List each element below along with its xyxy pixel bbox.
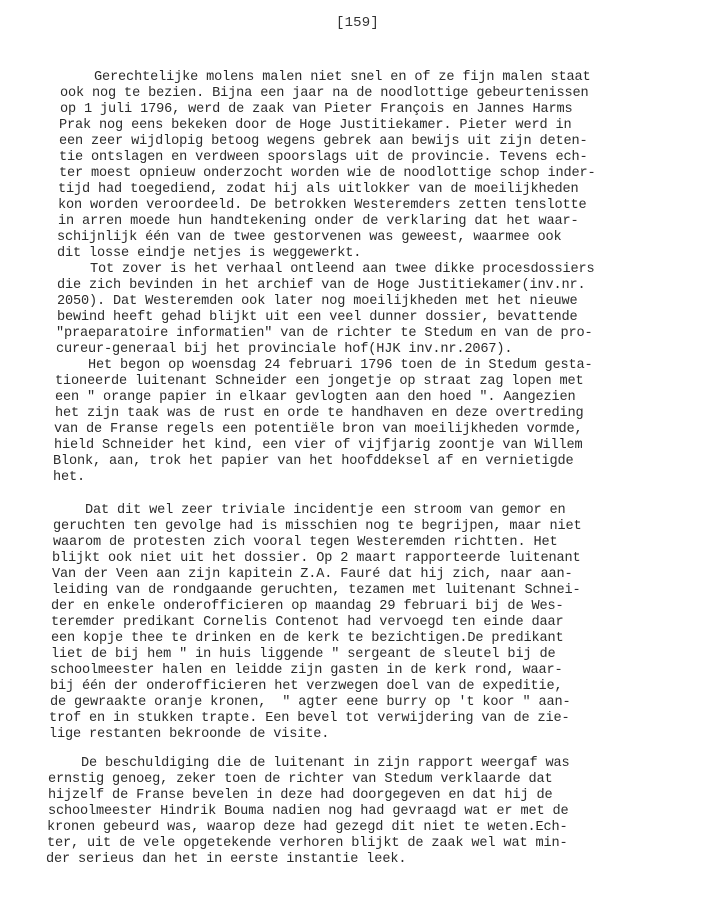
text-line: die zich bevinden in het archief van de …	[57, 278, 586, 294]
page-number: [159]	[0, 15, 715, 31]
text-line: een zeer wijdlopig betoog wegens gebrek …	[59, 134, 588, 150]
text-line: teremder predikant Cornelis Contenot had…	[51, 615, 564, 631]
text-line: Blonk, aan, trok het papier van het hoof…	[53, 454, 574, 470]
text-line: tie ontslagen en verdween spoorslags uit…	[59, 150, 588, 166]
text-line: blijkt ook niet uit het dossier. Op 2 ma…	[52, 551, 581, 567]
text-line: Prak nog eens bekeken door de Hoge Justi…	[59, 118, 572, 134]
text-line: bewind heeft gehad blijkt uit een veel d…	[57, 310, 578, 326]
text-line: Gerechtelijke molens malen niet snel en …	[62, 70, 591, 86]
text-line: kon worden veroordeeld. De betrokken Wes…	[58, 198, 587, 214]
text-line: liet de bij hem " in huis liggende " ser…	[51, 647, 555, 663]
text-line: van de Franse regels een potentiële bron…	[54, 422, 583, 438]
text-line: een " orange papier in elkaar gevlogten …	[55, 390, 576, 406]
text-line: het.	[53, 470, 85, 486]
text-line: Van der Veen aan zijn kapitein Z.A. Faur…	[52, 567, 573, 583]
text-line: trof en in stukken trapte. Een bevel tot…	[49, 711, 570, 727]
text-line: hijzelf de Franse bevelen in deze had do…	[48, 788, 552, 804]
text-line: tijd had toegediend, zodat hij als uitlo…	[58, 182, 579, 198]
text-line: Tot zover is het verhaal ontleend aan tw…	[58, 262, 595, 278]
text-line: "praeparatoire informatien" van de richt…	[56, 326, 593, 342]
text-line: in arren moede hun handtekening onder de…	[58, 214, 579, 230]
text-line: bij één der onderofficieren het verzwege…	[50, 679, 563, 695]
text-line: lige restanten bekroonde de visite.	[49, 727, 329, 743]
text-line: schoolmeester halen en leidde zijn gaste…	[50, 663, 563, 679]
text-line: waarom de protesten zich vooral tegen We…	[53, 535, 557, 551]
text-line: ter, uit de vele opgetekende verhoren bl…	[47, 836, 568, 852]
text-line: ernstig genoeg, zeker toen de richter va…	[48, 772, 552, 788]
text-line: de gewraakte oranje kronen, " agter eene…	[50, 695, 571, 711]
text-line: kronen gebeurd was, waarop deze had geze…	[47, 820, 568, 836]
text-line: cureur-generaal bij het provinciale hof(…	[56, 342, 512, 358]
text-line: geruchten ten gevolge had is misschien n…	[53, 519, 582, 535]
text-line: het zijn taak was de rust en orde te han…	[55, 406, 584, 422]
text-line: De beschuldiging die de luitenant in zij…	[49, 756, 570, 772]
text-line: tioneerde luitenant Schneider een jonget…	[55, 374, 584, 390]
text-line: leiding van de rondgaande geruchten, tez…	[52, 583, 581, 599]
text-line: der serieus dan het in eerste instantie …	[46, 852, 406, 868]
text-line: ook nog te bezien. Bijna een jaar na de …	[60, 86, 589, 102]
text-line: dit losse eindje netjes is weggewerkt.	[57, 246, 361, 262]
text-line: 2050). Dat Westeremden ook later nog moe…	[57, 294, 578, 310]
text-line: hield Schneider het kind, een vier of vi…	[54, 438, 583, 454]
text-line: ter moest opnieuw onderzocht worden wie …	[59, 166, 596, 182]
text-line: schoolmeester Hindrik Bouma nadien nog h…	[48, 804, 569, 820]
text-line: op 1 juli 1796, werd de zaak van Pieter …	[60, 102, 573, 118]
text-line: der en enkele onderofficieren op maandag…	[51, 599, 564, 615]
text-line: schijnlijk één van de twee gestorvenen w…	[57, 230, 561, 246]
text-line: Dat dit wel zeer triviale incidentje een…	[53, 503, 566, 519]
text-line: een kopje thee te drinken en de kerk te …	[51, 631, 564, 647]
text-line: Het begon op woensdag 24 februari 1796 t…	[56, 358, 593, 374]
